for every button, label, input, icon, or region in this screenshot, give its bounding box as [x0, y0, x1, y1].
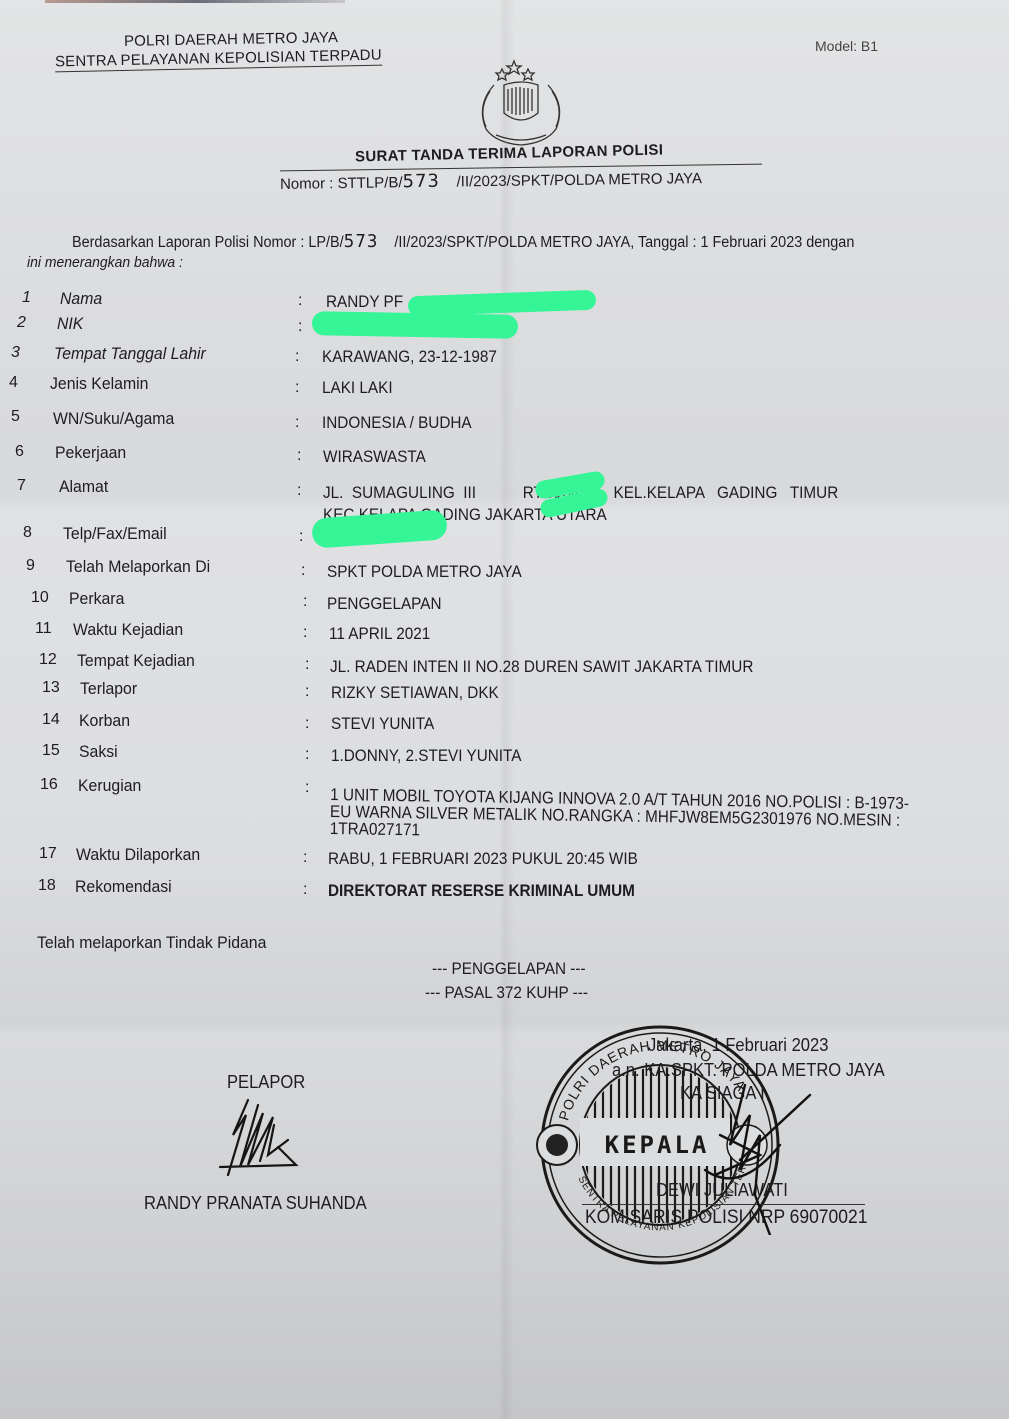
field-number: 7: [17, 477, 26, 495]
legal-article: --- PASAL 372 KUHP ---: [425, 983, 588, 1003]
field-number: 17: [39, 845, 57, 863]
field-value: INDONESIA / BUDHA: [322, 413, 472, 433]
field-number: 18: [38, 877, 56, 895]
field-colon: :: [305, 746, 309, 764]
field-label: Pekerjaan: [55, 443, 126, 463]
field-value: DIREKTORAT RESERSE KRIMINAL UMUM: [328, 881, 635, 901]
field-colon: :: [295, 379, 299, 397]
field-value: RANDY PF: [326, 292, 403, 312]
field-colon: :: [295, 414, 299, 432]
field-colon: :: [298, 318, 302, 336]
field-value: WIRASWASTA: [323, 447, 426, 467]
field-number: 4: [9, 374, 18, 392]
field-number: 6: [15, 443, 24, 461]
reporter-signature-icon: [218, 1095, 308, 1180]
field-value: KARAWANG, 23-12-1987: [322, 347, 497, 367]
model-code: Model: B1: [815, 38, 878, 54]
field-label: WN/Suku/Agama: [53, 409, 174, 429]
field-number: 15: [42, 742, 60, 760]
field-label: Waktu Kejadian: [73, 620, 183, 640]
field-colon: :: [305, 656, 309, 674]
field-number: 12: [39, 651, 57, 669]
field-number: 16: [40, 776, 58, 794]
field-value: RIZKY SETIAWAN, DKK: [331, 683, 499, 703]
field-value: 11 APRIL 2021: [329, 624, 430, 644]
officer-signature-icon: [700, 1075, 830, 1235]
field-number: 5: [11, 408, 20, 426]
field-colon: :: [298, 292, 302, 310]
svg-text:KEPALA: KEPALA: [605, 1131, 710, 1159]
crime-type: --- PENGGELAPAN ---: [432, 959, 586, 979]
field-colon: :: [303, 593, 307, 611]
field-number: 9: [26, 557, 35, 575]
field-label: Kerugian: [78, 776, 141, 796]
field-value: JL. RADEN INTEN II NO.28 DUREN SAWIT JAK…: [330, 657, 753, 677]
field-label: Perkara: [69, 589, 124, 609]
field-value: SPKT POLDA METRO JAYA: [327, 562, 522, 582]
field-value: RABU, 1 FEBRUARI 2023 PUKUL 20:45 WIB: [328, 849, 638, 869]
field-value: 1 UNIT MOBIL TOYOTA KIJANG INNOVA 2.0 A/…: [330, 786, 965, 847]
field-label: Terlapor: [80, 679, 137, 699]
reporter-label: PELAPOR: [227, 1072, 305, 1093]
field-number: 1: [22, 289, 31, 307]
redaction-mark: [312, 311, 518, 339]
field-value-line: JL. SUMAGULING III RT.013/019 KEL.KELAPA…: [323, 482, 1009, 504]
field-number: 14: [42, 711, 60, 729]
field-colon: :: [303, 624, 307, 642]
field-label: Telah Melaporkan Di: [66, 557, 210, 577]
field-label: Saksi: [79, 742, 118, 762]
field-label: NIK: [57, 314, 83, 334]
field-number: 3: [11, 344, 20, 362]
field-label: Telp/Fax/Email: [63, 524, 167, 544]
field-colon: :: [305, 683, 309, 701]
closing-statement: Telah melaporkan Tindak Pidana: [37, 933, 266, 953]
field-colon: :: [295, 348, 299, 366]
field-value: STEVI YUNITA: [331, 714, 434, 734]
photo-edge: [45, 0, 345, 3]
field-colon: :: [297, 447, 301, 465]
field-value: LAKI LAKI: [322, 378, 393, 398]
field-number: 8: [23, 524, 32, 542]
intro-line-1: Berdasarkan Laporan Polisi Nomor : LP/B/…: [72, 231, 854, 252]
field-number: 2: [17, 314, 26, 332]
field-colon: :: [299, 528, 303, 546]
reporter-name: RANDY PRANATA SUHANDA: [144, 1193, 367, 1214]
field-colon: :: [305, 715, 309, 733]
field-colon: :: [297, 482, 301, 500]
field-label: Waktu Dilaporkan: [76, 845, 200, 865]
field-label: Korban: [79, 711, 130, 731]
polri-emblem-icon: [466, 55, 576, 150]
field-label: Alamat: [59, 477, 108, 497]
field-value: 1.DONNY, 2.STEVI YUNITA: [331, 746, 521, 766]
field-label: Rekomendasi: [75, 877, 172, 897]
field-colon: :: [303, 881, 307, 899]
field-label: Tempat Tanggal Lahir: [54, 344, 206, 364]
handwritten-report-number: 573: [344, 231, 379, 252]
field-number: 11: [35, 620, 52, 638]
field-number: 13: [42, 679, 60, 697]
handwritten-number: 573: [402, 171, 440, 193]
intro-line-2: ini menerangkan bahwa :: [27, 254, 183, 271]
field-colon: :: [305, 779, 309, 797]
sign-place-date: Jakarta, 1 Februari 2023: [648, 1035, 828, 1056]
field-value: PENGGELAPAN: [327, 594, 442, 614]
field-colon: :: [301, 562, 305, 580]
field-number: 10: [31, 589, 49, 607]
field-label: Jenis Kelamin: [50, 374, 148, 394]
field-colon: :: [303, 849, 307, 867]
field-label: Tempat Kejadian: [77, 651, 195, 671]
field-label: Nama: [60, 289, 102, 309]
